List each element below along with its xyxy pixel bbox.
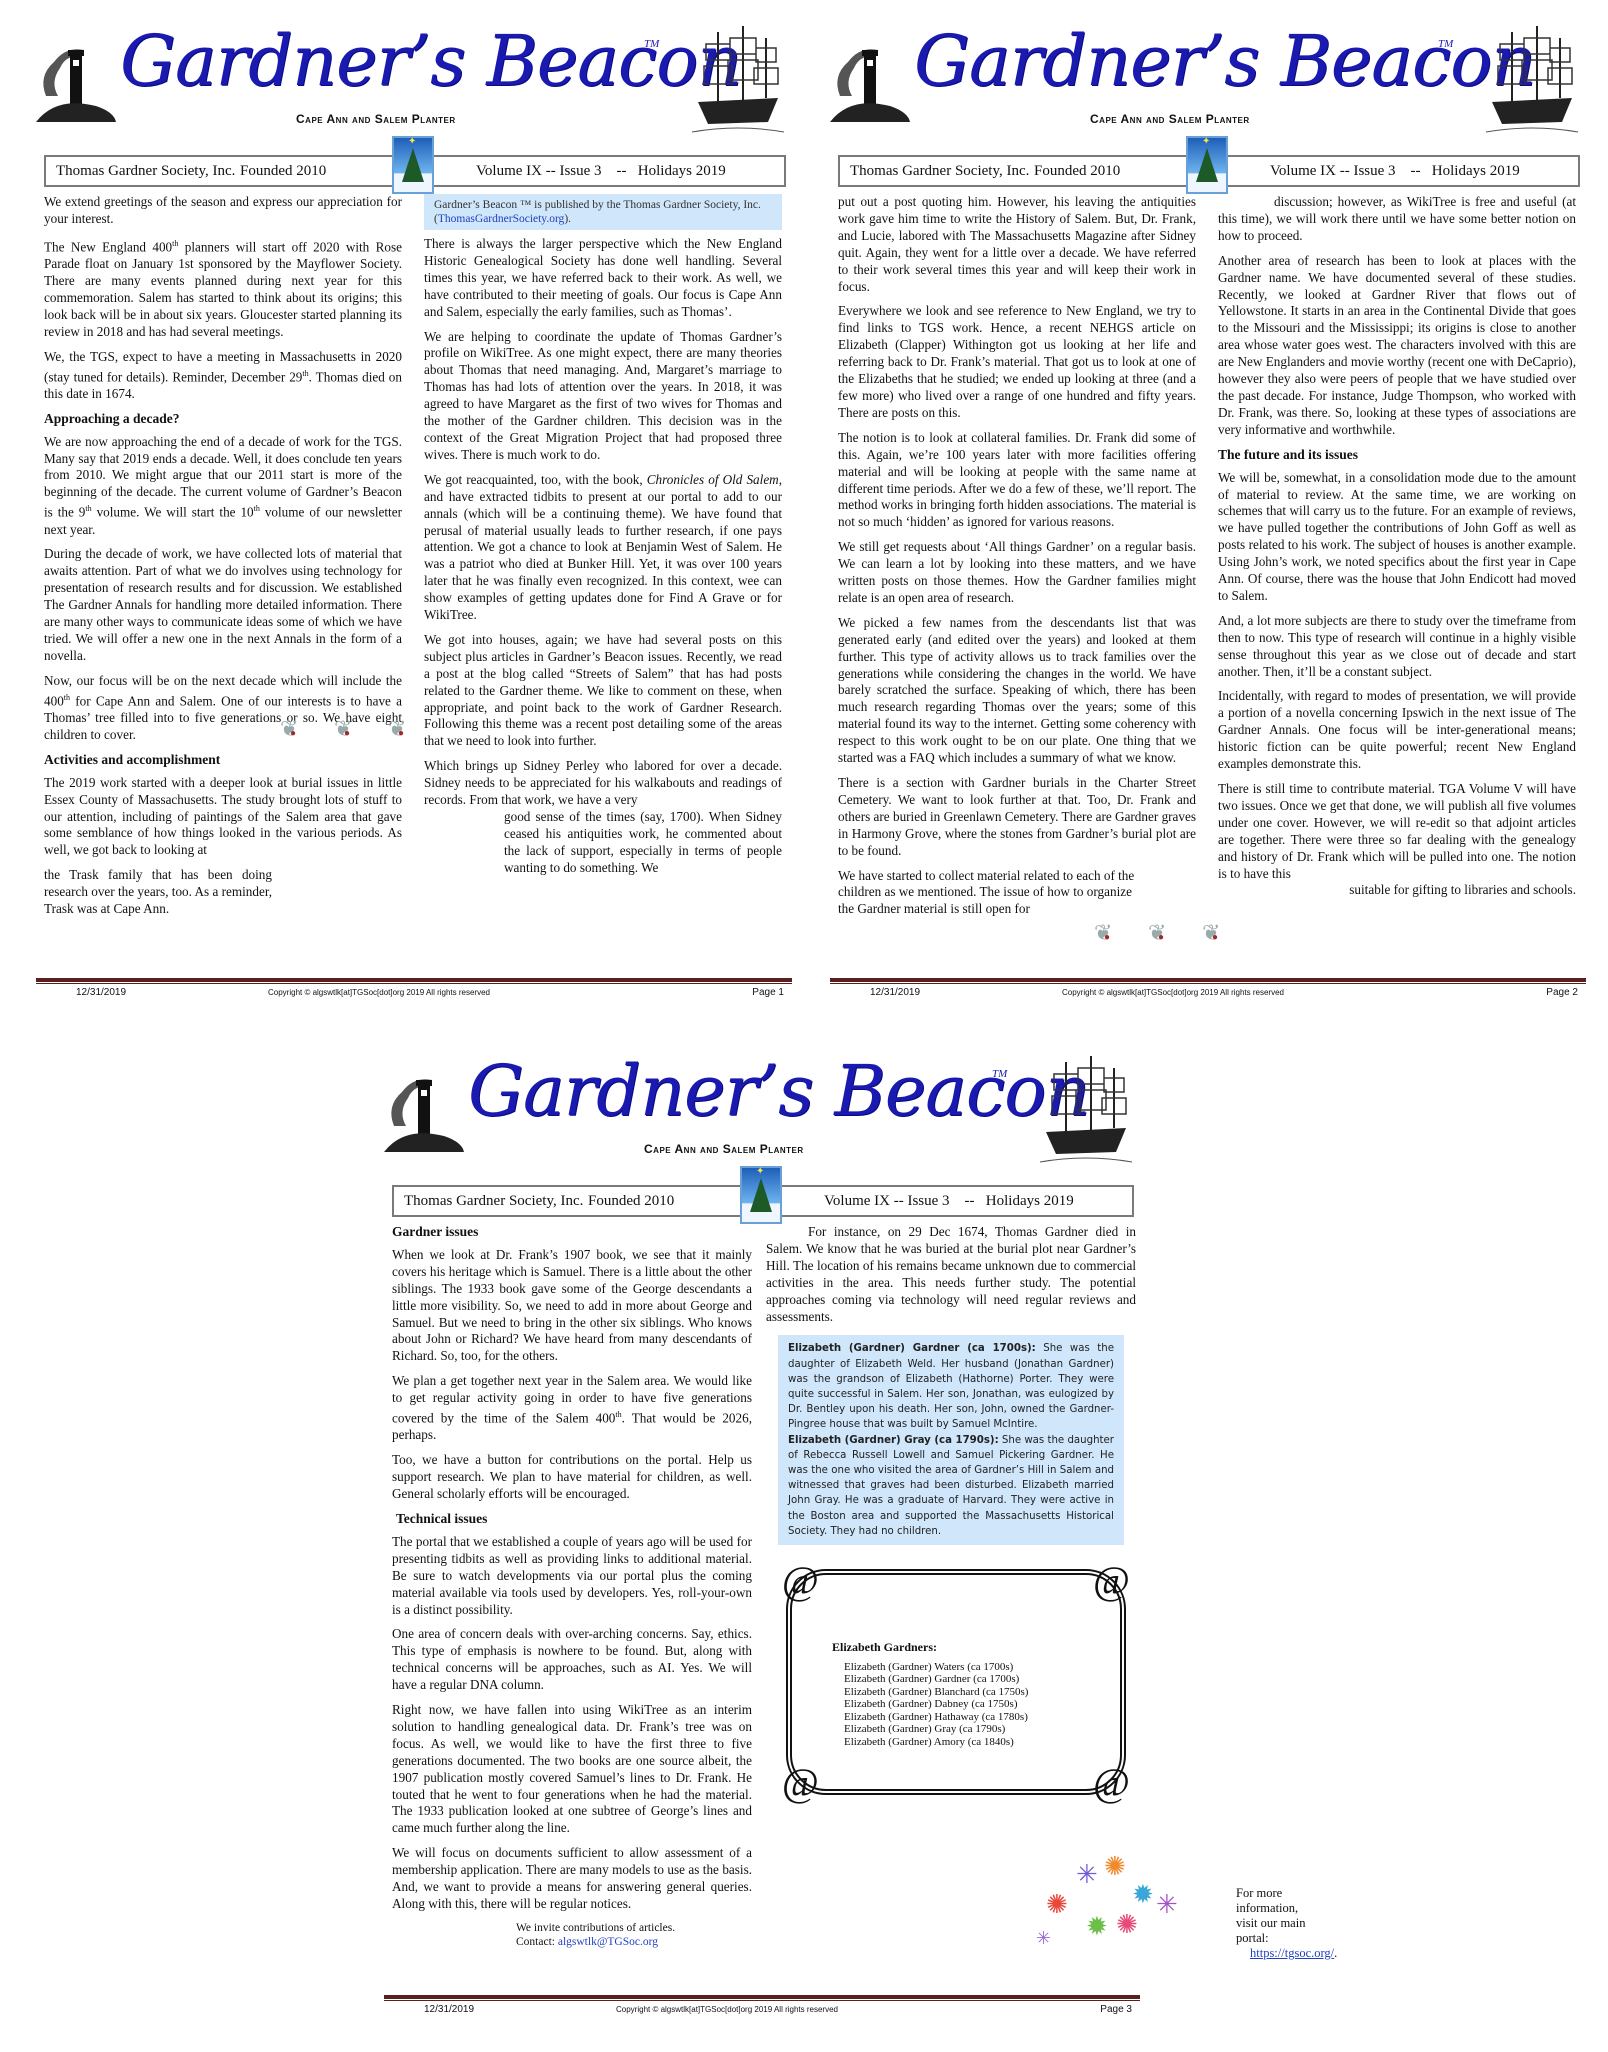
masthead: Gardner’s Beacon TM Cape Ann and Salem P… — [36, 0, 816, 150]
page-number: Page 2 — [1546, 987, 1578, 998]
list-item: Elizabeth (Gardner) Amory (ca 1840s) — [844, 1736, 1028, 1748]
right-column: For instance, on 29 Dec 1674, Thomas Gar… — [766, 1224, 1136, 1795]
holly-icon — [1198, 920, 1232, 950]
paragraph: We got into houses, again; we have had s… — [424, 632, 782, 750]
paragraph: Right now, we have fallen into using Wik… — [392, 1702, 752, 1837]
paragraph: And, a lot more subjects are there to st… — [1218, 613, 1576, 681]
holly-icon — [276, 716, 310, 746]
fireworks-icon: ✺ ✳ ✺ ✹ ✺ ✳ ✹ ✳ — [1036, 1850, 1196, 1960]
page-footer: 12/31/2019 Copyright © algswtlk[at]TGSoc… — [384, 1995, 1140, 2019]
paragraph: When we look at Dr. Frank’s 1907 book, w… — [392, 1247, 752, 1365]
footer-copyright: Copyright © algswtlk[at]TGSoc[dot]org 20… — [1062, 988, 1284, 997]
trademark-mark: TM — [644, 38, 659, 50]
contribution-invite: We invite contributions of articles. Con… — [516, 1921, 752, 1949]
holly-icon — [1144, 920, 1178, 950]
holly-icon — [1090, 920, 1124, 950]
founded-year: Founded 2010 — [240, 163, 326, 180]
footer-date: 12/31/2019 — [424, 2004, 474, 2015]
volume-issue: Volume IX -- Issue 3 -- Holidays 2019 — [1270, 163, 1520, 180]
list-item: Elizabeth (Gardner) Dabney (ca 1750s) — [844, 1698, 1028, 1710]
newsletter-title: Gardner’s Beacon — [914, 20, 1535, 102]
christmas-tree-icon — [740, 1166, 782, 1224]
paragraph: One area of concern deals with over-arch… — [392, 1626, 752, 1694]
page-number: Page 1 — [752, 987, 784, 998]
lighthouse-icon — [36, 36, 116, 122]
paragraph: The notion is to look at collateral fami… — [838, 430, 1196, 531]
holly-icon — [384, 716, 418, 746]
volume-issue: Volume IX -- Issue 3 -- Holidays 2019 — [824, 1193, 1074, 1210]
scroll-ornament-icon: @ — [782, 1561, 819, 1601]
paragraph: the Trask family that has been doing res… — [44, 867, 272, 918]
sailing-ship-icon — [1482, 24, 1582, 142]
sailing-ship-icon — [688, 24, 788, 142]
paragraph: During the decade of work, we have colle… — [44, 546, 402, 664]
paragraph: We extend greetings of the season and ex… — [44, 194, 402, 228]
right-column: discussion; however, as WikiTree is free… — [1218, 194, 1576, 907]
section-heading: Technical issues — [392, 1511, 752, 1528]
scroll-ornament-icon: @ — [1093, 1763, 1130, 1803]
newsletter-subtitle: Cape Ann and Salem Planter — [296, 112, 456, 126]
newsletter-title: Gardner’s Beacon — [120, 20, 741, 102]
paragraph: The portal that we established a couple … — [392, 1534, 752, 1619]
footer-copyright: Copyright © algswtlk[at]TGSoc[dot]org 20… — [268, 988, 490, 997]
section-heading: Activities and accomplishment — [44, 752, 402, 769]
left-column: Gardner issues When we look at Dr. Frank… — [392, 1224, 752, 1949]
holly-decoration — [1090, 920, 1232, 950]
founded-year: Founded 2010 — [1034, 163, 1120, 180]
paragraph: There is a section with Gardner burials … — [838, 775, 1196, 860]
page-number: Page 3 — [1100, 2004, 1132, 2015]
ornamental-frame: @ @ @ @ Elizabeth Gardners: Elizabeth (G… — [786, 1569, 1126, 1795]
paragraph: Incidentally, with regard to modes of pr… — [1218, 688, 1576, 773]
christmas-tree-icon — [1186, 136, 1228, 194]
paragraph: The New England 400th planners will star… — [44, 236, 402, 341]
footer-date: 12/31/2019 — [76, 987, 126, 998]
newsletter-subtitle: Cape Ann and Salem Planter — [1090, 112, 1250, 126]
founded-year: Founded 2010 — [588, 1193, 674, 1210]
section-heading: The future and its issues — [1218, 447, 1576, 464]
list-item: Elizabeth (Gardner) Waters (ca 1700s) — [844, 1661, 1028, 1673]
footer-date: 12/31/2019 — [870, 987, 920, 998]
list-item: Elizabeth (Gardner) Gray (ca 1790s) — [844, 1723, 1028, 1735]
paragraph: There is always the larger perspective w… — [424, 236, 782, 321]
paragraph: Too, we have a button for contributions … — [392, 1452, 752, 1503]
paragraph: put out a post quoting him. However, his… — [838, 194, 1196, 295]
paragraph: We still get requests about ‘All things … — [838, 539, 1196, 607]
scroll-ornament-icon: @ — [1093, 1561, 1130, 1601]
sailing-ship-icon — [1036, 1054, 1136, 1172]
trademark-mark: TM — [992, 1068, 1007, 1080]
org-name: Thomas Gardner Society, Inc. — [850, 163, 1029, 180]
christmas-tree-icon — [392, 136, 434, 194]
masthead: Gardner’s Beacon TM Cape Ann and Salem P… — [830, 0, 1608, 150]
left-column: We extend greetings of the season and ex… — [44, 194, 402, 926]
newsletter-subtitle: Cape Ann and Salem Planter — [644, 1142, 804, 1156]
list-item: Elizabeth (Gardner) Hathaway (ca 1780s) — [844, 1711, 1028, 1723]
left-column: put out a post quoting him. However, his… — [838, 194, 1196, 926]
paragraph: We, the TGS, expect to have a meeting in… — [44, 349, 402, 403]
paragraph: We will be, somewhat, in a consolidation… — [1218, 470, 1576, 605]
list-item: Elizabeth (Gardner) Blanchard (ca 1750s) — [844, 1686, 1028, 1698]
newsletter-page-3: Gardner’s Beacon TM Cape Ann and Salem P… — [384, 1030, 1164, 2030]
paragraph: We have started to collect material rela… — [838, 868, 1138, 919]
paragraph: Everywhere we look and see reference to … — [838, 303, 1196, 421]
publisher-callout: Gardner’s Beacon ™ is published by the T… — [424, 194, 782, 230]
newsletter-page-1: Gardner’s Beacon TM Cape Ann and Salem P… — [36, 0, 816, 1000]
elizabeth-list: Elizabeth (Gardner) Waters (ca 1700s) El… — [844, 1661, 1028, 1748]
newsletter-page-2: Gardner’s Beacon TM Cape Ann and Salem P… — [830, 0, 1608, 1000]
paragraph: suitable for gifting to libraries and sc… — [1218, 882, 1576, 899]
lighthouse-icon — [830, 36, 910, 122]
paragraph: We picked a few names from the descendan… — [838, 615, 1196, 767]
paragraph: We got reacquainted, too, with the book,… — [424, 472, 782, 624]
page-footer: 12/31/2019 Copyright © algswtlk[at]TGSoc… — [830, 978, 1586, 1002]
scroll-ornament-icon: @ — [782, 1763, 819, 1803]
frame-title: Elizabeth Gardners: — [832, 1639, 937, 1656]
paragraph: There is still time to contribute materi… — [1218, 781, 1576, 882]
org-name: Thomas Gardner Society, Inc. — [404, 1193, 583, 1210]
contact-email-link[interactable]: algswtlk@TGSoc.org — [558, 1936, 658, 1948]
holly-icon — [330, 716, 364, 746]
paragraph: good sense of the times (say, 1700). Whe… — [504, 809, 782, 877]
paragraph: We are helping to coordinate the update … — [424, 329, 782, 464]
trademark-mark: TM — [1438, 38, 1453, 50]
right-column: Gardner’s Beacon ™ is published by the T… — [424, 194, 782, 885]
paragraph: We plan a get together next year in the … — [392, 1373, 752, 1444]
masthead: Gardner’s Beacon TM Cape Ann and Salem P… — [384, 1030, 1164, 1180]
page-footer: 12/31/2019 Copyright © algswtlk[at]TGSoc… — [36, 978, 792, 1002]
section-heading: Gardner issues — [392, 1224, 752, 1241]
paragraph: Another area of research has been to loo… — [1218, 253, 1576, 439]
portal-link[interactable]: https://tgsoc.org/ — [1250, 1946, 1334, 1960]
book-title: Chronicles of Old Salem — [647, 472, 779, 487]
paragraph: We are now approaching the end of a deca… — [44, 434, 402, 539]
footer-copyright: Copyright © algswtlk[at]TGSoc[dot]org 20… — [616, 2005, 838, 2014]
section-heading: Approaching a decade? — [44, 411, 402, 428]
volume-issue: Volume IX -- Issue 3 -- Holidays 2019 — [476, 163, 726, 180]
elizabeth-callout-box: Elizabeth (Gardner) Gardner (ca 1700s): … — [778, 1335, 1124, 1545]
list-item: Elizabeth (Gardner) Gardner (ca 1700s) — [844, 1673, 1028, 1685]
society-website-link[interactable]: ThomasGardnerSociety.org — [438, 213, 564, 225]
paragraph: We will focus on documents sufficient to… — [392, 1845, 752, 1913]
paragraph: The 2019 work started with a deeper look… — [44, 775, 402, 860]
paragraph: Which brings up Sidney Perley who labore… — [424, 758, 782, 809]
lighthouse-icon — [384, 1066, 464, 1152]
more-info: For more information, visit our main por… — [1236, 1886, 1337, 1961]
org-name: Thomas Gardner Society, Inc. — [56, 163, 235, 180]
newsletter-title: Gardner’s Beacon — [468, 1050, 1089, 1132]
holly-decoration — [276, 716, 418, 746]
paragraph: discussion; however, as WikiTree is free… — [1218, 194, 1576, 245]
paragraph: For instance, on 29 Dec 1674, Thomas Gar… — [766, 1224, 1136, 1325]
